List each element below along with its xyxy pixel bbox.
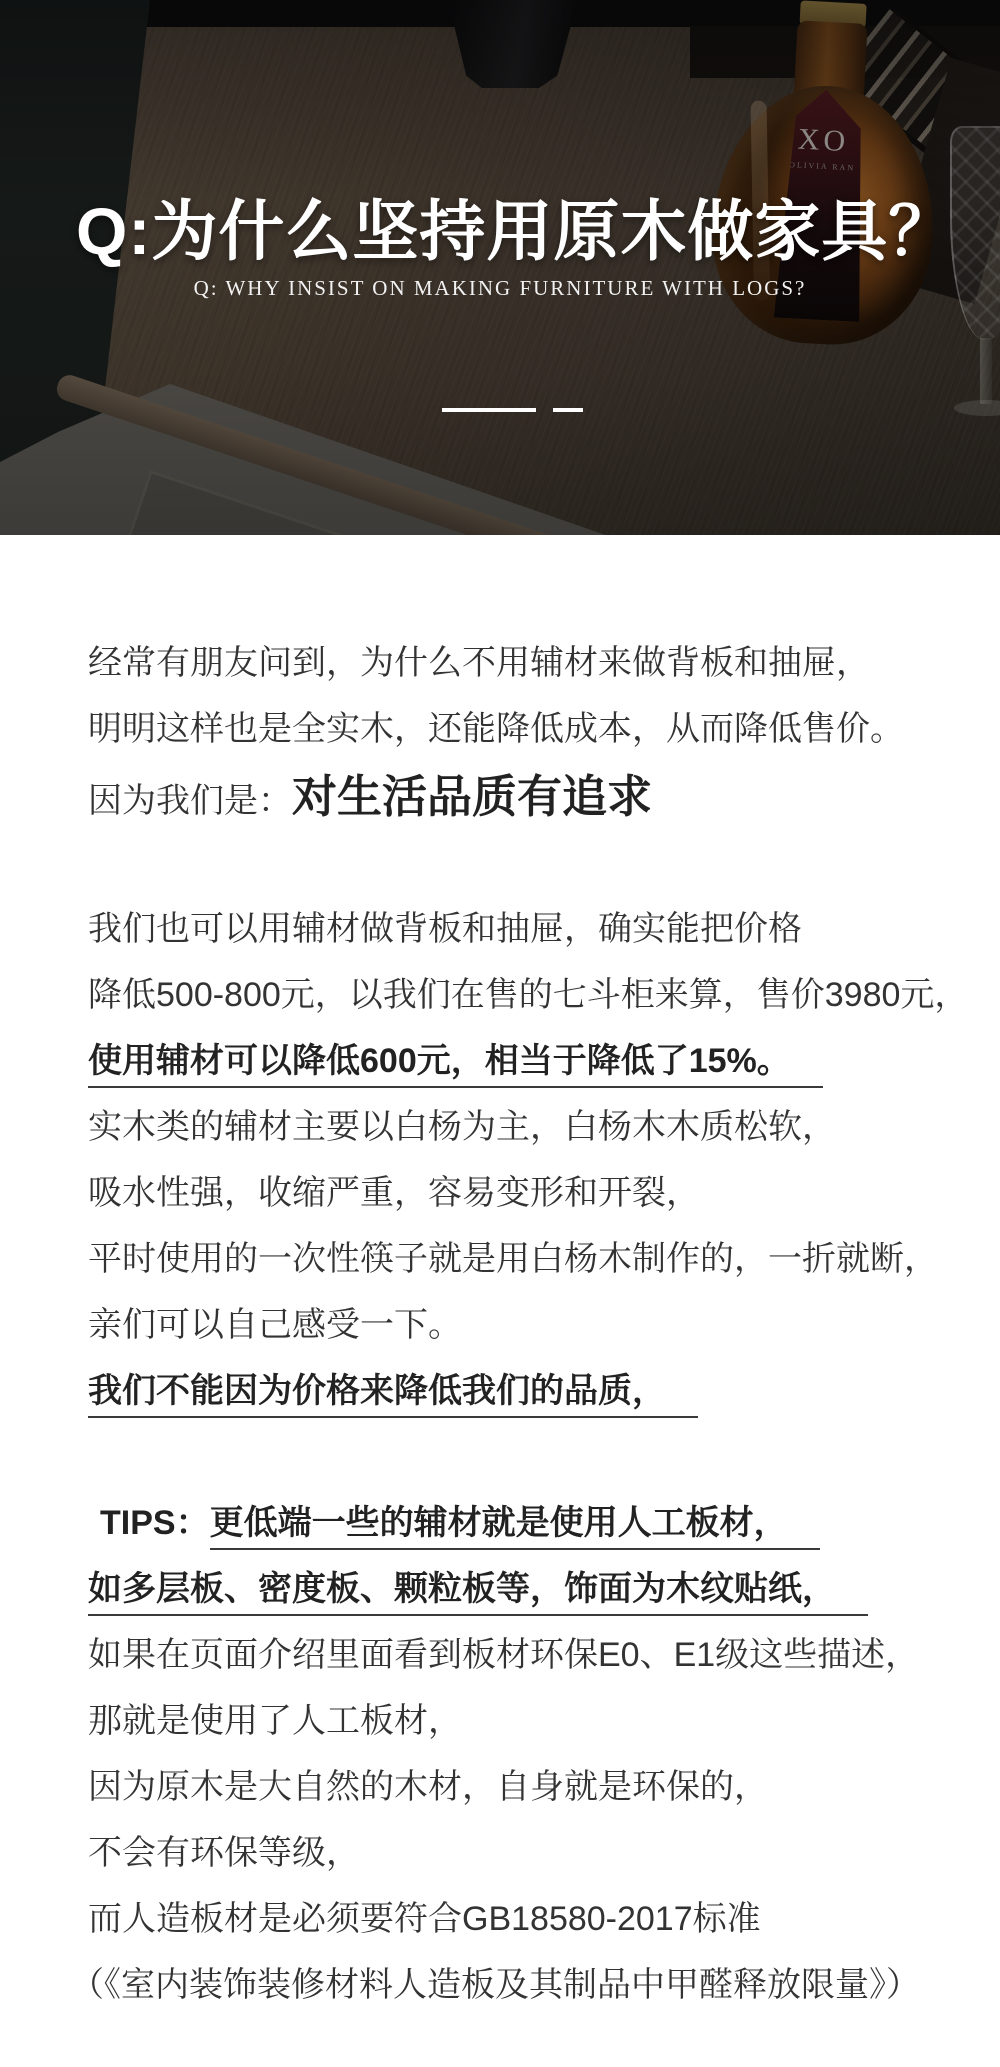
decorative-divider (12, 408, 1000, 412)
line-prefix: 因为我们是： (88, 782, 292, 820)
paragraph-line: 因为我们是：对生活品质有追求 (88, 762, 1000, 836)
tips-label: TIPS： (100, 1504, 210, 1542)
paragraph-line: 而人造板材是必须要符合GB18580-2017标准 (88, 1886, 1000, 1952)
paragraph-line: 不会有环保等级， (88, 1820, 1000, 1886)
paragraph-line: 吸水性强，收缩严重，容易变形和开裂， (88, 1160, 1000, 1226)
hero-title: Q:为什么坚持用原木做家具？ (76, 178, 976, 273)
hero-subtitle: Q: WHY INSIST ON MAKING FURNITURE WITH L… (0, 276, 1000, 301)
paragraph-line: 我们不能因为价格来降低我们的品质， (88, 1358, 1000, 1424)
article-body: 经常有朋友问到，为什么不用辅材来做背板和抽屉， 明明这样也是全实木，还能降低成本… (0, 535, 1000, 2018)
paragraph-line: 那就是使用了人工板材， (88, 1688, 1000, 1754)
price-reduction-highlight: 使用辅材可以降低600元，相当于降低了15%。 (88, 1042, 823, 1088)
paragraph-line: 如果在页面介绍里面看到板材环保E0、E1级这些描述， (88, 1622, 1000, 1688)
quality-pursuit-headline: 对生活品质有追求 (292, 771, 652, 822)
divider-long-line (442, 408, 536, 412)
quality-statement-highlight: 我们不能因为价格来降低我们的品质， (88, 1372, 698, 1418)
hero-photo-section: XO OLIVIA RAN Q:为什么坚持用原木做家具？ Q: WHY INSI… (0, 0, 1000, 535)
paragraph-line: 如多层板、密度板、颗粒板等，饰面为木纹贴纸， (88, 1556, 1000, 1622)
paragraph-line: （《室内装饰装修材料人造板及其制品中甲醛释放限量》） (70, 1952, 1000, 2018)
paragraph-line: 平时使用的一次性筷子就是用白杨木制作的，一折就断， (88, 1226, 1000, 1292)
divider-short-line (553, 408, 583, 412)
paragraph-line: 经常有朋友问到，为什么不用辅材来做背板和抽屉， (88, 630, 1000, 696)
paragraph-line: 实木类的辅材主要以白杨为主，白杨木木质松软， (88, 1094, 1000, 1160)
product-detail-page: XO OLIVIA RAN Q:为什么坚持用原木做家具？ Q: WHY INSI… (0, 0, 1000, 2067)
paragraph-line: 降低500-800元，以我们在售的七斗柜来算，售价3980元， (88, 962, 1000, 1028)
paragraph-line: 亲们可以自己感受一下。 (88, 1292, 1000, 1358)
tips-line: TIPS：更低端一些的辅材就是使用人工板材， (88, 1490, 1000, 1556)
paragraph-line: 明明这样也是全实木，还能降低成本，从而降低售价。 (88, 696, 1000, 762)
tips-highlight-2: 如多层板、密度板、颗粒板等，饰面为木纹贴纸， (88, 1570, 868, 1616)
paragraph-line: 使用辅材可以降低600元，相当于降低了15%。 (88, 1028, 1000, 1094)
tips-highlight-1: 更低端一些的辅材就是使用人工板材， (210, 1504, 820, 1550)
paragraph-line: 因为原木是大自然的木材，自身就是环保的， (88, 1754, 1000, 1820)
paragraph-line: 我们也可以用辅材做背板和抽屉，确实能把价格 (88, 896, 1000, 962)
